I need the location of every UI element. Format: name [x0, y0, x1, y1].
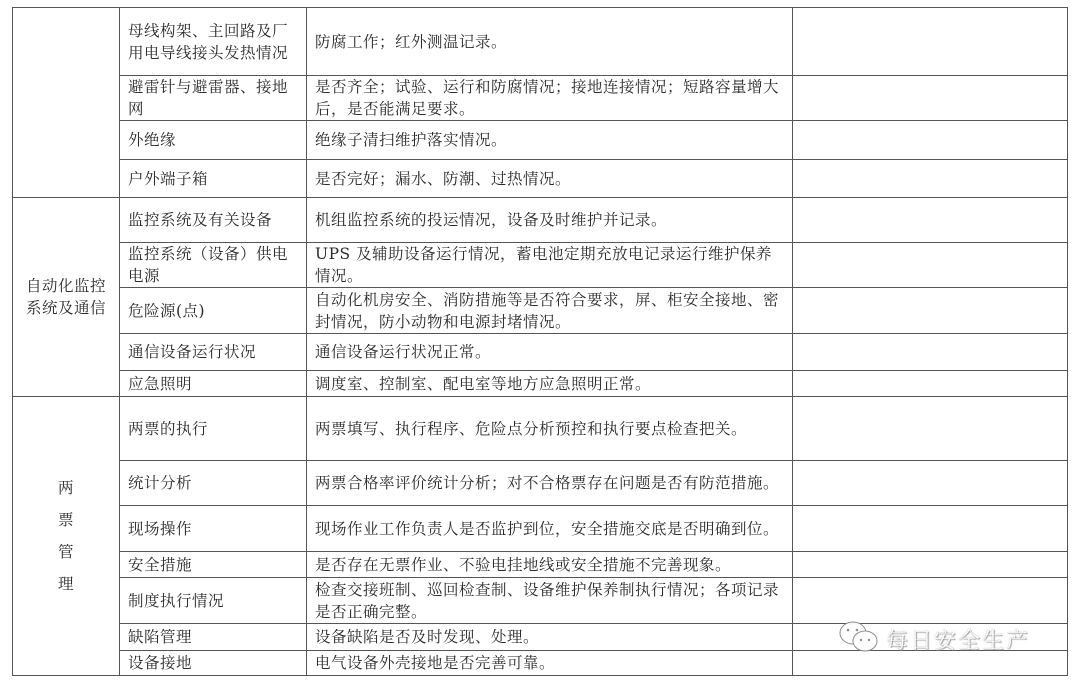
table-row: 安全措施 是否存在无票作业、不验电挂地线或安全措施不完善现象。	[13, 552, 1068, 578]
item-cell: 制度执行情况	[120, 578, 307, 624]
requirement-cell: 是否齐全；试验、运行和防腐情况；接地连接情况；短路容量增大后，是否能满足要求。	[307, 76, 793, 121]
item-cell: 安全措施	[120, 552, 307, 578]
remark-cell	[793, 288, 1068, 334]
table-row: 户外端子箱 是否完好；漏水、防潮、过热情况。	[13, 160, 1068, 198]
requirement-cell: 两票填写、执行程序、危险点分析预控和执行要点检查把关。	[307, 397, 793, 461]
table-row: 避雷针与避雷器、接地网 是否齐全；试验、运行和防腐情况；接地连接情况；短路容量增…	[13, 76, 1068, 121]
requirement-cell: 自动化机房安全、消防措施等是否符合要求，屏、柜安全接地、密封情况，防小动物和电源…	[307, 288, 793, 334]
requirement-cell: 是否完好；漏水、防潮、过热情况。	[307, 160, 793, 198]
category-char: 管	[21, 536, 111, 568]
requirement-cell: UPS 及辅助设备运行情况，蓄电池定期充放电记录运行维护保养情况。	[307, 243, 793, 288]
category-cell: 两 票 管 理	[13, 397, 120, 676]
requirement-cell: 绝缘子清扫维护落实情况。	[307, 121, 793, 160]
remark-cell	[793, 461, 1068, 506]
table-row: 母线构架、主回路及厂用电导线接头发热情况 防腐工作；红外测温记录。	[13, 8, 1068, 76]
remark-cell	[793, 243, 1068, 288]
remark-cell	[793, 121, 1068, 160]
remark-cell	[793, 160, 1068, 198]
inspection-table: 母线构架、主回路及厂用电导线接头发热情况 防腐工作；红外测温记录。 避雷针与避雷…	[12, 7, 1068, 676]
remark-cell	[793, 334, 1068, 371]
category-char: 两	[21, 472, 111, 504]
item-cell: 避雷针与避雷器、接地网	[120, 76, 307, 121]
remark-cell	[793, 76, 1068, 121]
table-row: 监控系统（设备）供电电源 UPS 及辅助设备运行情况，蓄电池定期充放电记录运行维…	[13, 243, 1068, 288]
remark-cell	[793, 578, 1068, 624]
table-row: 应急照明 调度室、控制室、配电室等地方应急照明正常。	[13, 371, 1068, 397]
item-cell: 缺陷管理	[120, 624, 307, 651]
item-cell: 外绝缘	[120, 121, 307, 160]
table-row: 外绝缘 绝缘子清扫维护落实情况。	[13, 121, 1068, 160]
requirement-cell: 机组监控系统的投运情况，设备及时维护并记录。	[307, 198, 793, 243]
category-cell: 自动化监控系统及通信	[13, 198, 120, 397]
item-cell: 应急照明	[120, 371, 307, 397]
requirement-cell: 通信设备运行状况正常。	[307, 334, 793, 371]
remark-cell	[793, 8, 1068, 76]
category-char: 理	[21, 568, 111, 600]
requirement-cell: 现场作业工作负责人是否监护到位，安全措施交底是否明确到位。	[307, 506, 793, 552]
watermark-text: 每日安全生产	[886, 624, 1030, 655]
item-cell: 两票的执行	[120, 397, 307, 461]
table-row: 通信设备运行状况 通信设备运行状况正常。	[13, 334, 1068, 371]
requirement-cell: 电气设备外壳接地是否完善可靠。	[307, 651, 793, 676]
requirement-cell: 是否存在无票作业、不验电挂地线或安全措施不完善现象。	[307, 552, 793, 578]
requirement-cell: 设备缺陷是否及时发现、处理。	[307, 624, 793, 651]
remark-cell	[793, 397, 1068, 461]
table-row: 危险源(点) 自动化机房安全、消防措施等是否符合要求，屏、柜安全接地、密封情况，…	[13, 288, 1068, 334]
remark-cell	[793, 506, 1068, 552]
table-row: 制度执行情况 检查交接班制、巡回检查制、设备维护保养制执行情况；各项记录是否正确…	[13, 578, 1068, 624]
item-cell: 设备接地	[120, 651, 307, 676]
category-cell	[13, 8, 120, 198]
table-row: 现场操作 现场作业工作负责人是否监护到位，安全措施交底是否明确到位。	[13, 506, 1068, 552]
wechat-icon	[838, 620, 880, 658]
remark-cell	[793, 198, 1068, 243]
category-char: 票	[21, 504, 111, 536]
item-cell: 危险源(点)	[120, 288, 307, 334]
table-row: 统计分析 两票合格率评价统计分析；对不合格票存在问题是否有防范措施。	[13, 461, 1068, 506]
remark-cell	[793, 552, 1068, 578]
requirement-cell: 检查交接班制、巡回检查制、设备维护保养制执行情况；各项记录是否正确完整。	[307, 578, 793, 624]
requirement-cell: 防腐工作；红外测温记录。	[307, 8, 793, 76]
requirement-cell: 两票合格率评价统计分析；对不合格票存在问题是否有防范措施。	[307, 461, 793, 506]
item-cell: 监控系统及有关设备	[120, 198, 307, 243]
table-row: 自动化监控系统及通信 监控系统及有关设备 机组监控系统的投运情况，设备及时维护并…	[13, 198, 1068, 243]
item-cell: 统计分析	[120, 461, 307, 506]
item-cell: 通信设备运行状况	[120, 334, 307, 371]
table-row: 两 票 管 理 两票的执行 两票填写、执行程序、危险点分析预控和执行要点检查把关…	[13, 397, 1068, 461]
item-cell: 户外端子箱	[120, 160, 307, 198]
watermark: 每日安全生产	[838, 620, 1030, 658]
item-cell: 母线构架、主回路及厂用电导线接头发热情况	[120, 8, 307, 76]
item-cell: 现场操作	[120, 506, 307, 552]
remark-cell	[793, 371, 1068, 397]
requirement-cell: 调度室、控制室、配电室等地方应急照明正常。	[307, 371, 793, 397]
item-cell: 监控系统（设备）供电电源	[120, 243, 307, 288]
